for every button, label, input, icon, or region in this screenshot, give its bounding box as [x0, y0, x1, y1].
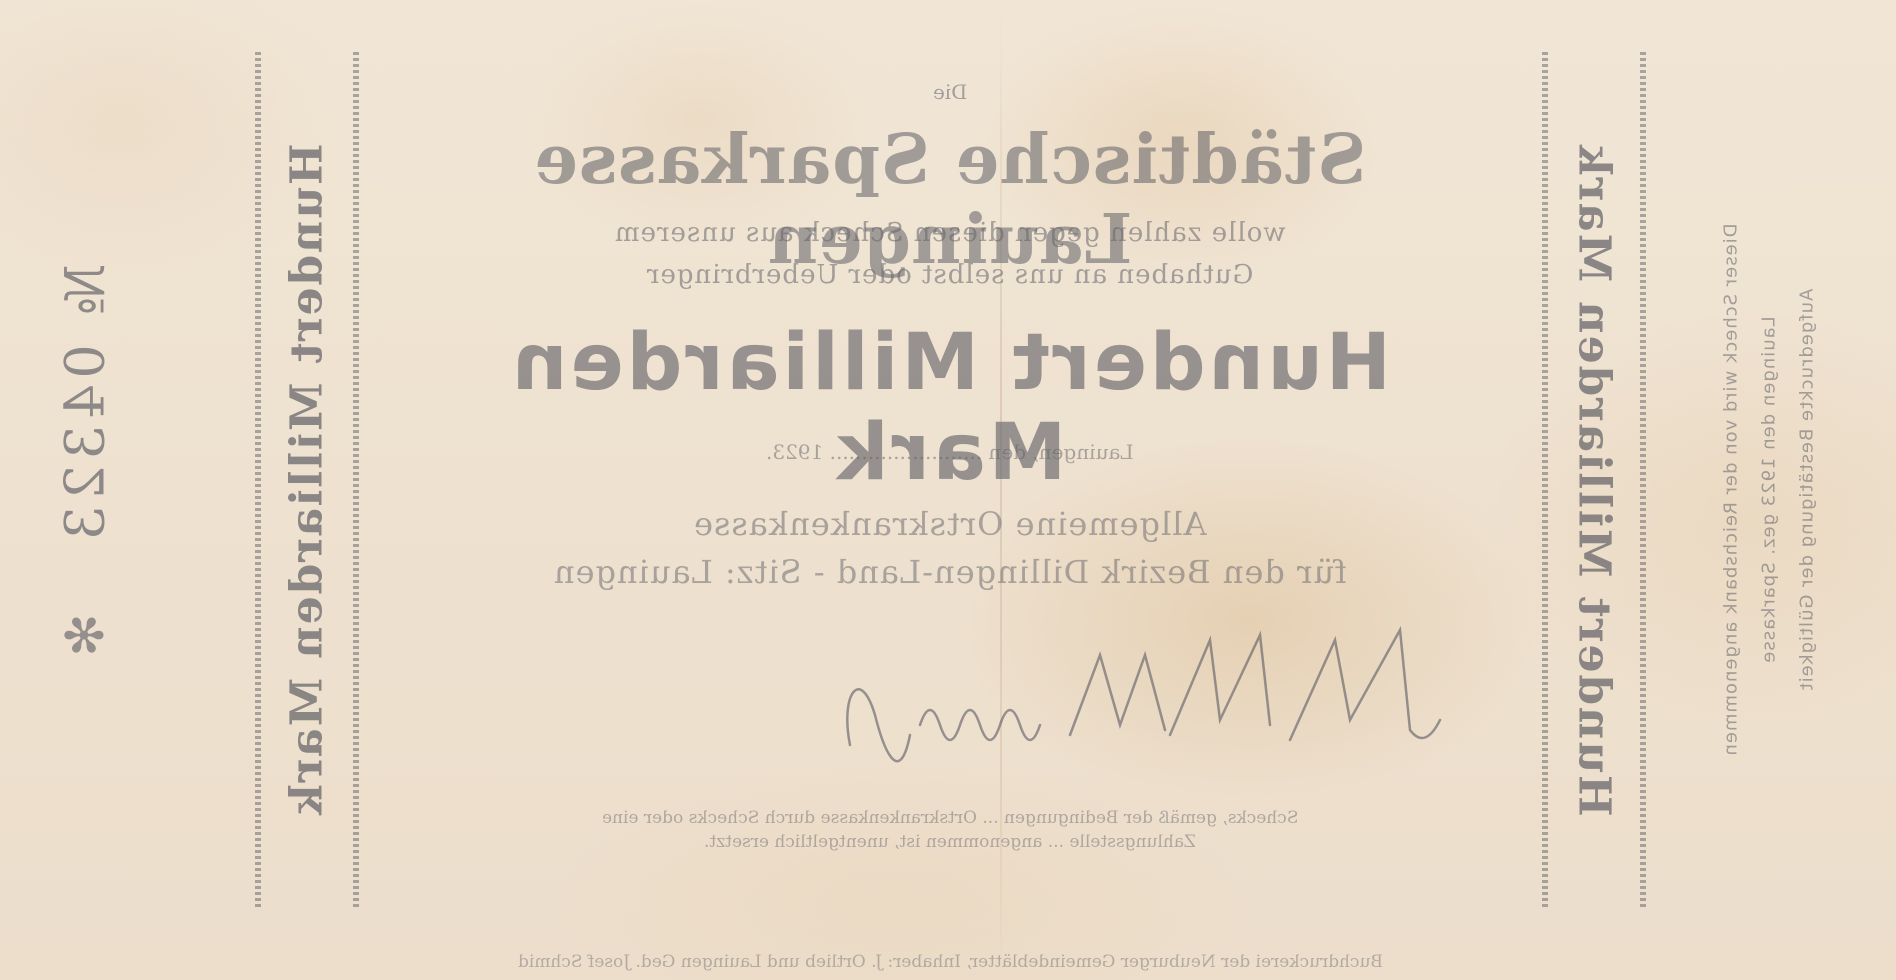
amount-heading: Hundert Milliarden Mark	[400, 318, 1500, 498]
edge-print-column: Aufgedruckte Bestätigung der Gültigkeit	[1794, 100, 1820, 880]
organization-district: für den Bezirk Dillingen-Land - Sitz: La…	[400, 553, 1500, 591]
dotted-rule	[255, 52, 261, 907]
right-band-text: Hundert Milliarden Mark	[1569, 52, 1620, 907]
issuer-title: Städtische Sparkasse Lauingen	[400, 120, 1500, 280]
dotted-rule	[1542, 52, 1548, 907]
star-ornament-icon: ✻	[52, 613, 112, 657]
edge-print-column: Dieser Scheck wird von der Reichsbank an…	[1718, 100, 1744, 880]
serial-number: № 04323	[50, 240, 120, 570]
right-value-band: Hundert Milliarden Mark	[1542, 52, 1646, 907]
instruction-line-2: Guthaben an uns selbst oder Ueberbringer	[400, 260, 1500, 290]
die-label: Die	[400, 80, 1500, 104]
serial-value: 04323	[54, 344, 117, 546]
left-value-band: Hundert Milliarden Mark	[255, 52, 359, 907]
dotted-rule	[1640, 52, 1646, 907]
signature-icon	[830, 625, 1450, 795]
fine-print-line-1: Schecks, gemäß der Bedingungen ... Ortsk…	[400, 808, 1500, 828]
date-line: Lauingen, den ........................ 1…	[400, 440, 1500, 464]
edge-print-column: Lauingen den 1923 gez. Sparkasse	[1756, 100, 1782, 880]
edge-fine-print: Dieser Scheck wird von der Reichsbank an…	[1718, 100, 1828, 880]
serial-prefix: №	[54, 264, 117, 321]
signature-mark	[830, 625, 1450, 795]
printer-imprint: Buchdruckerei der Neuburger Gemeindeblät…	[400, 952, 1500, 972]
fine-print-line-2: Zahlungsstelle ... angenommen ist, unent…	[400, 832, 1500, 852]
organization-name: Allgemeine Ortskrankenkasse	[400, 505, 1500, 543]
dotted-rule	[353, 52, 359, 907]
instruction-line-1: wolle zahlen gegen diesen Scheck aus uns…	[400, 218, 1500, 248]
left-band-text: Hundert Milliarden Mark	[282, 52, 333, 907]
